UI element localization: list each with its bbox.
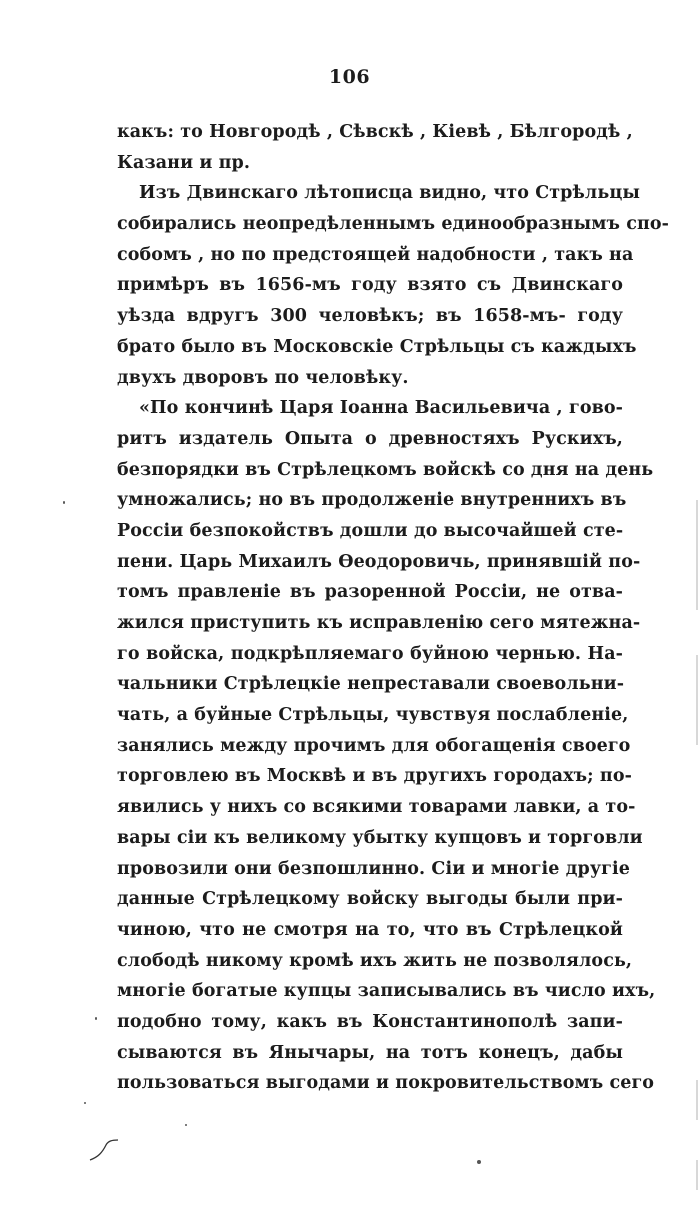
page-edge-line [696,1160,698,1190]
text-line: «По кончинѣ Царя Іоанна Васильевича , го… [117,393,623,424]
text-line: слободѣ никому кромѣ ихъ жить не позволя… [117,946,623,977]
ink-speck [63,501,65,504]
text-line: данные Стрѣлецкому войску выгоды были пр… [117,884,623,915]
text-line: явились у нихъ со всякими товарами лавки… [117,792,623,823]
text-line: вары сіи къ великому убытку купцовъ и то… [117,823,623,854]
text-line: Изъ Двинскаго лѣтописца видно, что Стрѣл… [117,178,623,209]
text-line: двухъ дворовъ по человѣку. [117,363,623,394]
text-line: многіе богатые купцы записывались въ чис… [117,976,623,1007]
text-line: собомъ , но по предстоящей надобности , … [117,240,623,271]
text-line: занялись между прочимъ для обогащенія св… [117,731,623,762]
text-line: ритъ издатель Опыта о древностяхъ Руских… [117,424,623,455]
text-line: брато было въ Московскіе Стрѣльцы съ каж… [117,332,623,363]
text-line: безпорядки въ Стрѣлецкомъ войскѣ со дня … [117,455,623,486]
pen-stroke-mark [88,1135,128,1165]
page-number: 106 [0,66,699,88]
ink-speck [95,1017,97,1020]
text-line: подобно тому, какъ въ Константинополѣ за… [117,1007,623,1038]
text-line: торговлею въ Москвѣ и въ другихъ городах… [117,761,623,792]
text-line: сываются въ Янычары, на тотъ конецъ, даб… [117,1038,623,1069]
text-line: провозили они безпошлинно. Сіи и многіе … [117,854,623,885]
ink-speck [477,1160,481,1164]
text-line: томъ правленіе въ разоренной Россіи, не … [117,577,623,608]
page-edge-line [696,655,698,745]
body-text: какъ: то Новгородѣ , Сѣвскѣ , Кіевѣ , Бѣ… [117,117,623,1099]
text-line: пени. Царь Михаилъ Ѳеодоровичь, принявші… [117,547,623,578]
text-line: Россіи безпокойствъ дошли до высочайшей … [117,516,623,547]
text-line: Казани и пр. [117,148,623,179]
page-edge-line [696,1080,698,1120]
text-line: чальники Стрѣлецкіе непреставали своевол… [117,669,623,700]
text-line: чать, а буйные Стрѣльцы, чувствуя послаб… [117,700,623,731]
text-line: умножались; но въ продолженіе внутренних… [117,485,623,516]
text-line: пользоваться выгодами и покровительством… [117,1068,623,1099]
text-line: собирались неопредѣленнымъ единообразным… [117,209,623,240]
text-line: чиною, что не смотря на то, что въ Стрѣл… [117,915,623,946]
text-line: го войска, подкрѣпляемаго буйною чернью.… [117,639,623,670]
ink-speck [84,1102,86,1104]
text-line: какъ: то Новгородѣ , Сѣвскѣ , Кіевѣ , Бѣ… [117,117,623,148]
text-line: примѣръ въ 1656-мъ году взято съ Двинска… [117,270,623,301]
page-edge-line [696,500,698,610]
ink-speck [185,1124,187,1126]
text-line: уѣзда вдругъ 300 человѣкъ; въ 1658-мъ- г… [117,301,623,332]
text-line: жился приступить къ исправленію сего мят… [117,608,623,639]
